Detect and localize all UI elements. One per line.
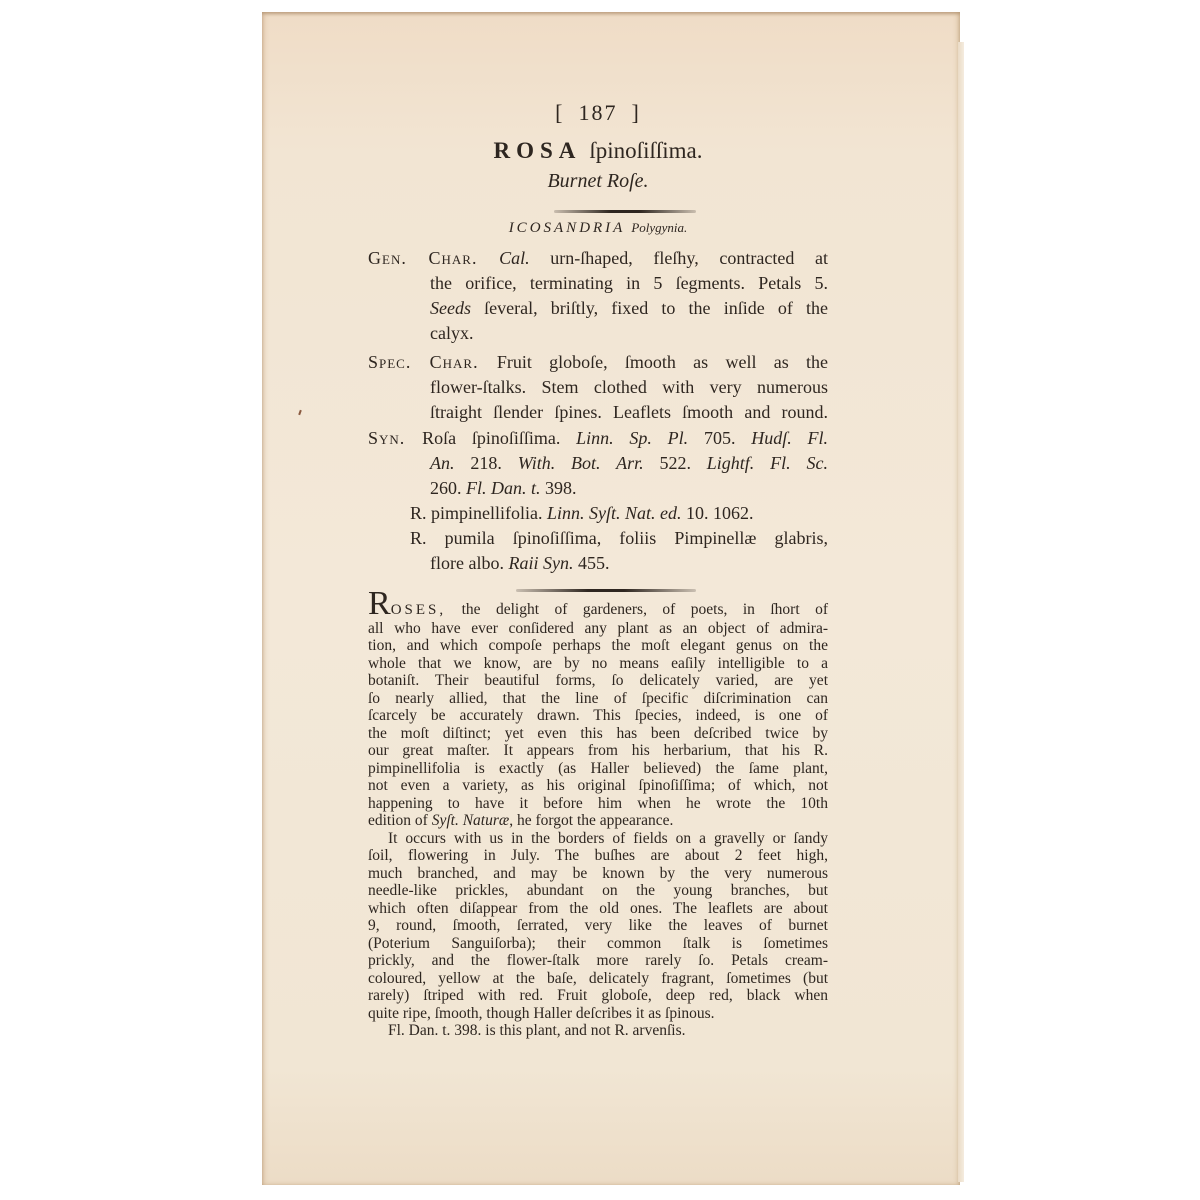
body-line: rarely) ſtriped with red. Fruit globoſe,…: [368, 987, 828, 1005]
gen-char-text: ſeveral, briſtly, fixed to the inſide of…: [471, 298, 828, 318]
species-name: ſpinoſiſſima.: [589, 138, 702, 163]
spec-char-text: flower-ſtalks. Stem clothed with very nu…: [430, 377, 828, 397]
italic-term: Cal.: [499, 248, 530, 268]
body-text-span: edition of Syſt. Naturæ, he forgot the a…: [368, 812, 673, 829]
genus-name: ROSA: [494, 138, 582, 163]
body-line: quite ripe, ſmooth, though Haller deſcri…: [368, 1005, 828, 1023]
gen-char-text: urn-ſhaped, fleſhy, contracted at: [530, 248, 828, 268]
synonym-text: 260. Fl. Dan. t. 398.: [430, 478, 577, 498]
gen-char-line: the orifice, terminating in 5 ſegments. …: [368, 271, 828, 296]
body-text-span: rarely) ſtriped with red. Fruit globoſe,…: [368, 987, 828, 1004]
body-text-span: the delight of gardeners, of poets, in ſ…: [446, 601, 828, 618]
synonym-line: Syn. Roſa ſpinoſiſſima. Linn. Sp. Pl. 70…: [368, 426, 828, 451]
body-text-span: our great maſter. It appears from his he…: [368, 742, 828, 759]
spec-char-line: flower-ſtalks. Stem clothed with very nu…: [368, 375, 828, 400]
body-line: whole that we know, are by no means eaſi…: [368, 655, 828, 673]
body-line: 9, round, ſmooth, ſerrated, very like th…: [368, 917, 828, 935]
italic-term: Seeds: [430, 298, 471, 318]
synonym-line: flore albo. Raii Syn. 455.: [368, 551, 828, 576]
synonym-text: Roſa ſpinoſiſſima. Linn. Sp. Pl. 705. Hu…: [422, 428, 828, 448]
body-text-span: not even a variety, as his original ſpin…: [368, 777, 828, 794]
synonym-line: R. pimpinellifolia. Linn. Syſt. Nat. ed.…: [368, 501, 828, 526]
spec-char-line: Spec. Char. Fruit globoſe, ſmooth as wel…: [368, 350, 828, 375]
synonym-line: R. pumila ſpinoſiſſima, foliis Pimpinell…: [368, 526, 828, 551]
synonym-text: R. pimpinellifolia. Linn. Syſt. Nat. ed.…: [410, 503, 754, 523]
body-text-span: 9, round, ſmooth, ſerrated, very like th…: [368, 917, 828, 934]
body-line: ſo nearly allied, that the line of ſpeci…: [368, 690, 828, 708]
body-line: ROSES, the delight of gardeners, of poet…: [368, 594, 828, 620]
body-line: pimpinellifolia is exactly (as Haller be…: [368, 760, 828, 778]
body-line: Fl. Dan. t. 398. is this plant, and not …: [368, 1022, 828, 1040]
page-content: [187] ROSAſpinoſiſſima. Burnet Roſe. ICO…: [368, 0, 828, 1200]
body-text-span: happening to have it before him when he …: [368, 795, 828, 812]
body-text-span: It occurs with us in the borders of fiel…: [388, 830, 828, 847]
body-line: prickly, and the flower-ſtalk more rarel…: [368, 952, 828, 970]
divider-rule: [516, 589, 696, 592]
class-name: ICOSANDRIA: [509, 220, 626, 236]
body-line: (Poterium Sanguiſorba); their common ſta…: [368, 935, 828, 953]
synonym-text: An. 218. With. Bot. Arr. 522. Lightf. Fl…: [430, 453, 828, 473]
order-name: Polygynia.: [631, 220, 687, 235]
synonym-label: Syn.: [368, 428, 422, 448]
body-text-span: coloured, yellow at the baſe, delicately…: [368, 970, 828, 987]
linnaean-classification: ICOSANDRIAPolygynia.: [368, 220, 828, 237]
body-text-span: which often diſappear from the old ones.…: [368, 900, 828, 917]
body-line: which often diſappear from the old ones.…: [368, 900, 828, 918]
body-line: ſoil, flowering in July. The buſhes are …: [368, 847, 828, 865]
synonym-line: An. 218. With. Bot. Arr. 522. Lightf. Fl…: [368, 451, 828, 476]
body-line: the moſt diſtinct; yet even this has bee…: [368, 725, 828, 743]
gen-char-label: Gen. Char.: [368, 248, 499, 268]
body-line: all who have ever conſidered any plant a…: [368, 620, 828, 638]
body-line: happening to have it before him when he …: [368, 795, 828, 813]
body-line: ſcarcely be accurately drawn. This ſpeci…: [368, 707, 828, 725]
gen-char-line: Seeds ſeveral, briſtly, fixed to the inſ…: [368, 296, 828, 321]
gen-char-text: calyx.: [430, 323, 473, 343]
gen-char-line: Gen. Char. Cal. urn-ſhaped, fleſhy, cont…: [368, 246, 828, 271]
body-line: needle-like prickles, abundant on the yo…: [368, 882, 828, 900]
body-text-span: ſo nearly allied, that the line of ſpeci…: [368, 690, 828, 707]
common-name: Burnet Roſe.: [368, 170, 828, 193]
body-text-span: quite ripe, ſmooth, though Haller deſcri…: [368, 1005, 715, 1022]
body-text-span: whole that we know, are by no means eaſi…: [368, 655, 828, 672]
body-line: much branched, and may be known by the v…: [368, 865, 828, 883]
body-line: edition of Syſt. Naturæ, he forgot the a…: [368, 812, 828, 830]
description-text: ROSES, the delight of gardeners, of poet…: [368, 594, 828, 1040]
close-bracket: ]: [632, 100, 641, 125]
body-line: our great maſter. It appears from his he…: [368, 742, 828, 760]
synonymy: Syn. Roſa ſpinoſiſſima. Linn. Sp. Pl. 70…: [368, 426, 828, 576]
synonym-text: R. pumila ſpinoſiſſima, foliis Pimpinell…: [410, 528, 828, 548]
folio-number: 187: [579, 100, 618, 125]
open-bracket: [: [555, 100, 564, 125]
body-text-span: tion, and which compoſe perhaps the moſt…: [368, 637, 828, 654]
body-text-span: ſcarcely be accurately drawn. This ſpeci…: [368, 707, 828, 724]
drop-cap: R: [368, 585, 391, 622]
generic-character: Gen. Char. Cal. urn-ſhaped, fleſhy, cont…: [368, 246, 828, 346]
specific-character: Spec. Char. Fruit globoſe, ſmooth as wel…: [368, 350, 828, 425]
body-text-span: prickly, and the flower-ſtalk more rarel…: [368, 952, 828, 969]
body-line: not even a variety, as his original ſpin…: [368, 777, 828, 795]
spec-char-text: Fruit globoſe, ſmooth as well as the: [497, 352, 828, 372]
spec-char-line: ſtraight ſlender ſpines. Leaflets ſmooth…: [368, 400, 828, 425]
page-title: ROSAſpinoſiſſima.: [368, 138, 828, 164]
body-line: It occurs with us in the borders of fiel…: [368, 830, 828, 848]
small-caps-lead: OSES,: [391, 602, 446, 618]
body-line: coloured, yellow at the baſe, delicately…: [368, 970, 828, 988]
body-text-span: botaniſt. Their beautiful forms, ſo deli…: [368, 672, 828, 689]
body-text-span: ſoil, flowering in July. The buſhes are …: [368, 847, 828, 864]
gen-char-line: calyx.: [368, 321, 828, 346]
body-text-span: the moſt diſtinct; yet even this has bee…: [368, 725, 828, 742]
body-text-span: all who have ever conſidered any plant a…: [368, 620, 828, 637]
synonym-line: 260. Fl. Dan. t. 398.: [368, 476, 828, 501]
gen-char-text: the orifice, terminating in 5 ſegments. …: [430, 273, 828, 293]
spec-char-text: ſtraight ſlender ſpines. Leaflets ſmooth…: [430, 402, 828, 422]
body-text-span: Fl. Dan. t. 398. is this plant, and not …: [388, 1022, 686, 1039]
body-text-span: needle-like prickles, abundant on the yo…: [368, 882, 828, 899]
body-text-span: pimpinellifolia is exactly (as Haller be…: [368, 760, 828, 777]
page-number: [187]: [368, 100, 828, 126]
body-text-span: much branched, and may be known by the v…: [368, 865, 828, 882]
divider-rule: [554, 210, 696, 213]
spec-char-label: Spec. Char.: [368, 352, 497, 372]
body-line: botaniſt. Their beautiful forms, ſo deli…: [368, 672, 828, 690]
synonym-text: flore albo. Raii Syn. 455.: [430, 553, 609, 573]
body-text-span: (Poterium Sanguiſorba); their common ſta…: [368, 935, 828, 952]
body-line: tion, and which compoſe perhaps the moſt…: [368, 637, 828, 655]
